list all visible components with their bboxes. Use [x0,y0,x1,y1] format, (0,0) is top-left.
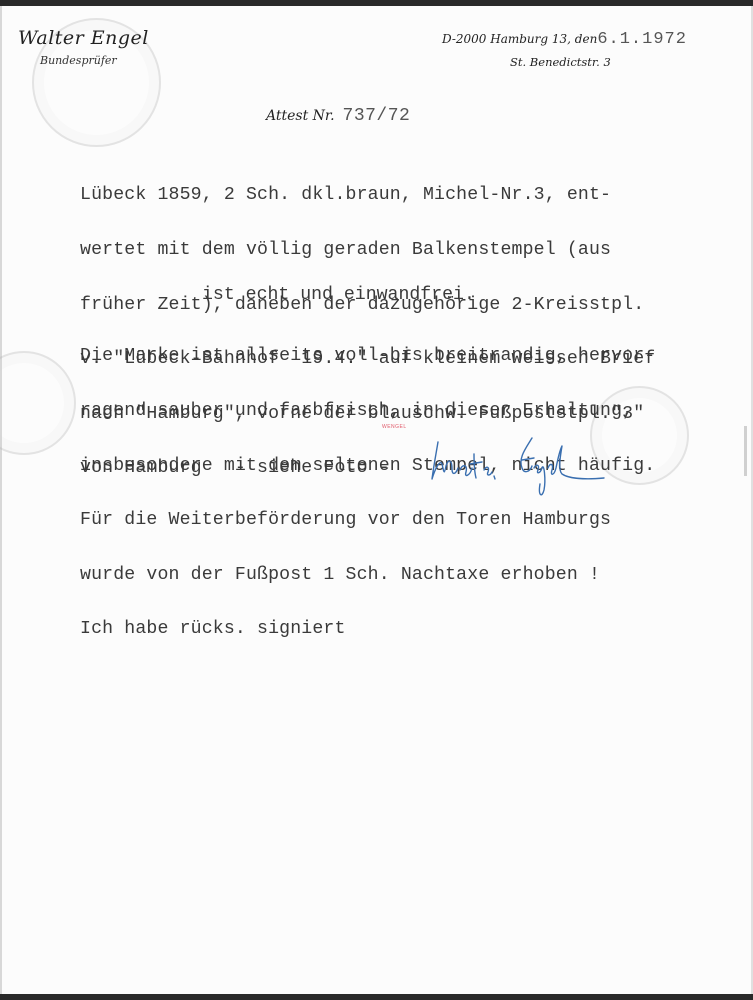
text-line: ragend sauber und farbfrisch, in dieser … [80,402,655,420]
attest-label: Attest Nr. [266,108,335,124]
embossed-seal-left [0,351,76,455]
text-line: Die Marke ist allseits voll-bis breitran… [80,347,655,365]
address-prefix: D-2000 Hamburg 13, den [442,32,597,46]
text-line: Ich habe rücks. signiert [80,620,655,638]
certificate-date: 6.1.1972 [597,30,687,49]
text-line: Lübeck 1859, 2 Sch. dkl.braun, Michel-Nr… [80,186,655,204]
letterhead-name: Walter Engel [18,27,149,49]
handwritten-signature [422,424,622,524]
text-line: wertet mit dem völlig geraden Balkenstem… [80,241,655,259]
attest-number: 737/72 [343,106,411,126]
attest-heading: Attest Nr.737/72 [266,106,410,126]
letterhead-title: Bundesprüfer [40,54,117,67]
street-address: St. Benedictstr. 3 [510,55,611,69]
verdict-line: ist echt und einwandfrei. [202,285,475,305]
page-edge-mark [744,426,747,476]
certificate-page: Walter Engel Bundesprüfer D-2000 Hamburg… [0,6,753,994]
signature-stamp: WENGEL [382,424,407,430]
address-line: D-2000 Hamburg 13, den6.1.1972 [442,30,687,49]
text-line: wurde von der Fußpost 1 Sch. Nachtaxe er… [80,566,655,584]
